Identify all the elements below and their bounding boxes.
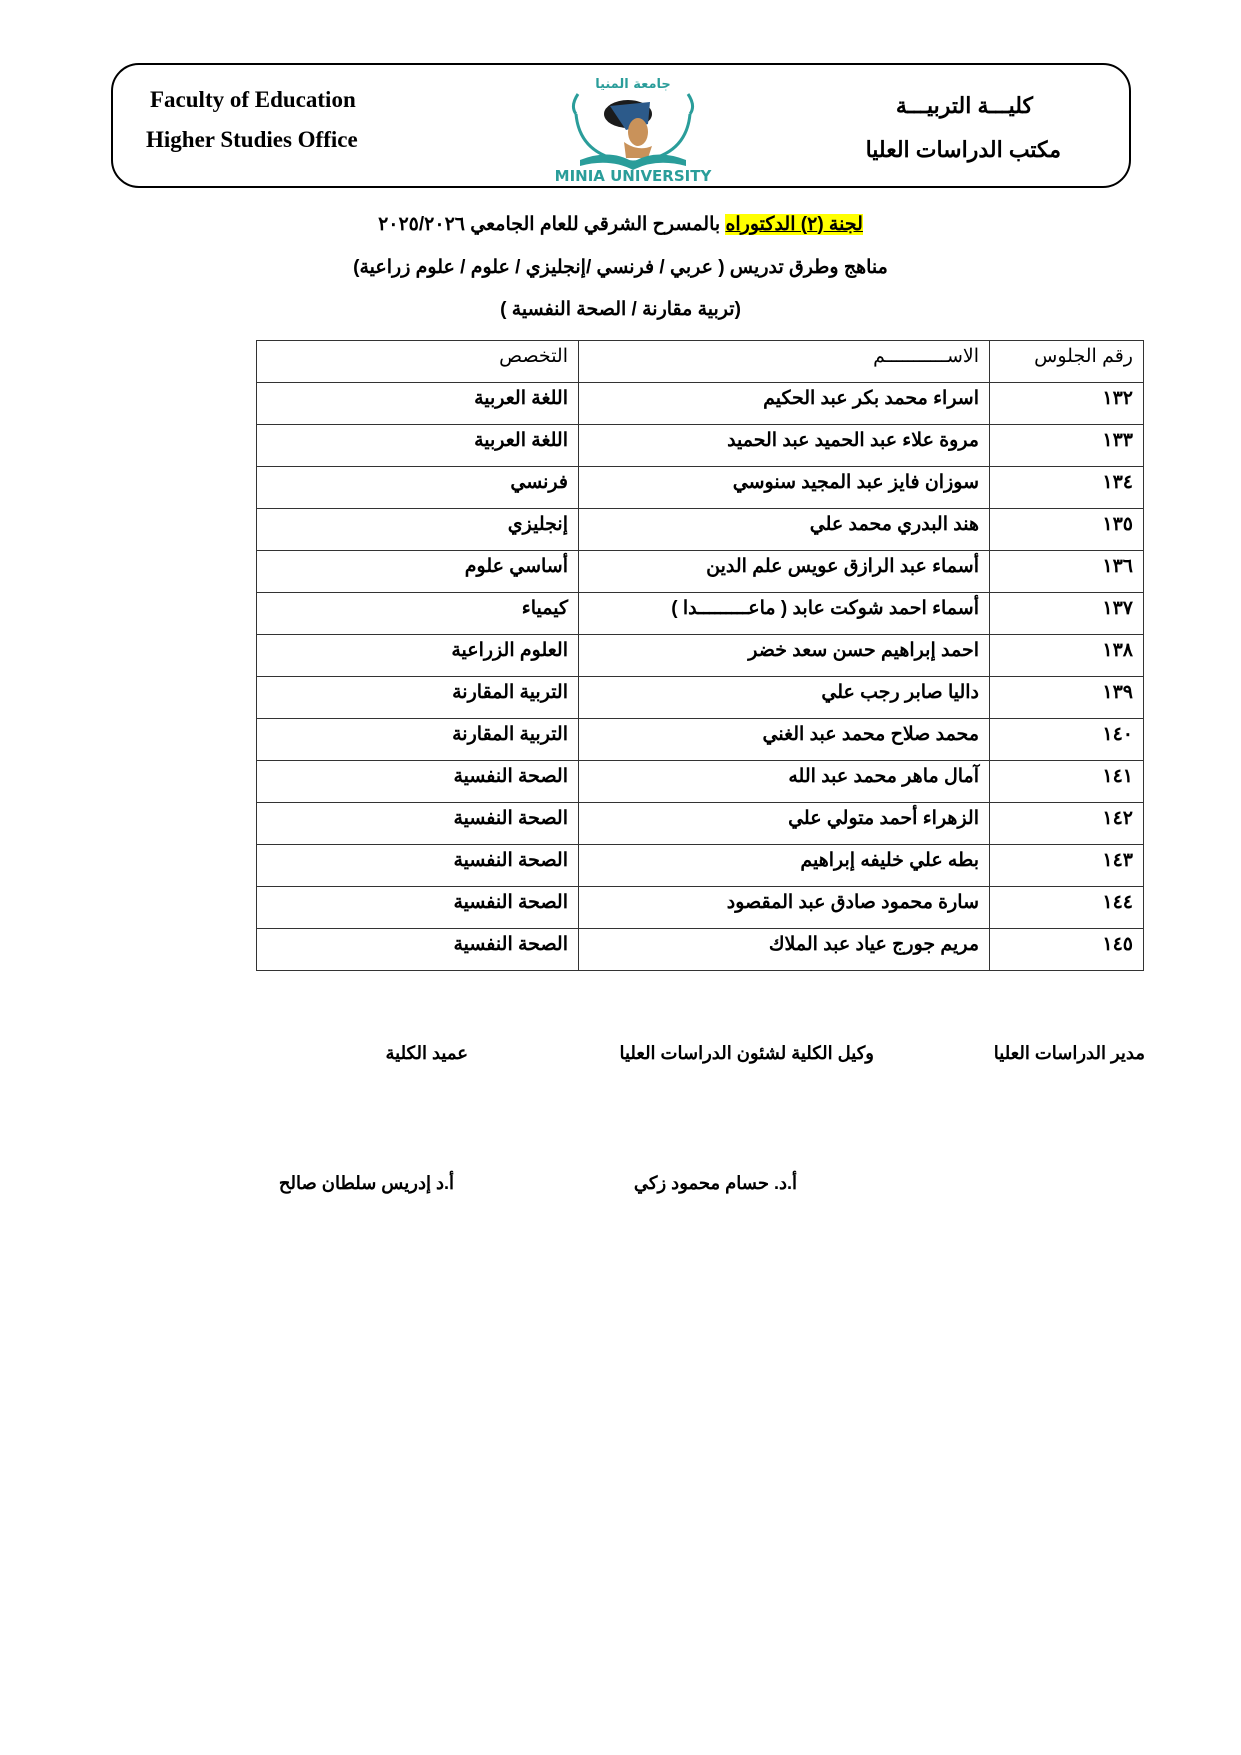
departments-line: (تربية مقارنة / الصحة النفسية ): [0, 298, 1241, 321]
office-name-en: Higher Studies Office: [146, 127, 358, 153]
seat-number-cell: ١٣٨: [990, 635, 1144, 677]
specialization-cell: الصحة النفسية: [257, 929, 579, 971]
table-row: ١٣٥هند البدري محمد عليإنجليزي: [257, 509, 1144, 551]
student-name-cell: اسراء محمد بكر عبد الحكيم: [579, 383, 990, 425]
table-row: ١٣٧أسماء احمد شوكت عابد ( ماعـــــــــدا…: [257, 593, 1144, 635]
student-name-cell: احمد إبراهيم حسن سعد خضر: [579, 635, 990, 677]
table-row: ١٤٣بطه علي خليفه إبراهيمالصحة النفسية: [257, 845, 1144, 887]
seat-number-cell: ١٤٣: [990, 845, 1144, 887]
dean-title: عميد الكلية: [386, 1043, 469, 1064]
dean-name: أ.د إدريس سلطان صالح: [279, 1173, 454, 1194]
specialization-cell: إنجليزي: [257, 509, 579, 551]
student-name-cell: الزهراء أحمد متولي علي: [579, 803, 990, 845]
subjects-line: مناهج وطرق تدريس ( عربي / فرنسي /إنجليزي…: [0, 256, 1241, 279]
table-row: ١٣٤سوزان فايز عبد المجيد سنوسيفرنسي: [257, 467, 1144, 509]
table-row: ١٣٨احمد إبراهيم حسن سعد خضرالعلوم الزراع…: [257, 635, 1144, 677]
specialization-cell: اللغة العربية: [257, 383, 579, 425]
specialization-cell: التربية المقارنة: [257, 719, 579, 761]
vice-dean-title: وكيل الكلية لشئون الدراسات العليا: [620, 1043, 874, 1064]
student-name-cell: محمد صلاح محمد عبد الغني: [579, 719, 990, 761]
table-row: ١٤٥مريم جورج عياد عبد الملاكالصحة النفسي…: [257, 929, 1144, 971]
seat-number-cell: ١٤٠: [990, 719, 1144, 761]
specialization-cell: اللغة العربية: [257, 425, 579, 467]
specialization-cell: فرنسي: [257, 467, 579, 509]
student-name-cell: مريم جورج عياد عبد الملاك: [579, 929, 990, 971]
table-row: ١٣٢اسراء محمد بكر عبد الحكيماللغة العربي…: [257, 383, 1144, 425]
header-name: الاســـــــــــم: [579, 341, 990, 383]
student-name-cell: بطه علي خليفه إبراهيم: [579, 845, 990, 887]
header-specialization: التخصص: [257, 341, 579, 383]
faculty-name-en: Faculty of Education: [150, 87, 356, 113]
seat-number-cell: ١٣٣: [990, 425, 1144, 467]
faculty-name-ar: كليـــة التربيـــة: [896, 93, 1033, 119]
specialization-cell: التربية المقارنة: [257, 677, 579, 719]
table-row: ١٣٣مروة علاء عبد الحميد عبد الحميداللغة …: [257, 425, 1144, 467]
director-title: مدير الدراسات العليا: [994, 1043, 1145, 1064]
seat-number-cell: ١٣٥: [990, 509, 1144, 551]
student-name-cell: أسماء عبد الرازق عويس علم الدين: [579, 551, 990, 593]
table-row: ١٤٢الزهراء أحمد متولي عليالصحة النفسية: [257, 803, 1144, 845]
seat-number-cell: ١٣٩: [990, 677, 1144, 719]
office-name-ar: مكتب الدراسات العليا: [866, 137, 1061, 163]
students-table: رقم الجلوس الاســـــــــــم التخصص ١٣٢اس…: [256, 340, 1144, 971]
student-name-cell: داليا صابر رجب علي: [579, 677, 990, 719]
student-name-cell: مروة علاء عبد الحميد عبد الحميد: [579, 425, 990, 467]
table-row: ١٤٤سارة محمود صادق عبد المقصودالصحة النف…: [257, 887, 1144, 929]
specialization-cell: الصحة النفسية: [257, 887, 579, 929]
specialization-cell: أساسي علوم: [257, 551, 579, 593]
svg-text:جامعة المنيا: جامعة المنيا: [595, 77, 671, 92]
header-seat-number: رقم الجلوس: [990, 341, 1144, 383]
svg-text:MINIA UNIVERSITY: MINIA UNIVERSITY: [555, 167, 713, 184]
seat-number-cell: ١٤٤: [990, 887, 1144, 929]
seat-number-cell: ١٣٦: [990, 551, 1144, 593]
seat-number-cell: ١٤١: [990, 761, 1144, 803]
seat-number-cell: ١٣٤: [990, 467, 1144, 509]
seat-number-cell: ١٣٧: [990, 593, 1144, 635]
table-row: ١٤١آمال ماهر محمد عبد اللهالصحة النفسية: [257, 761, 1144, 803]
student-name-cell: سوزان فايز عبد المجيد سنوسي: [579, 467, 990, 509]
university-logo: جامعة المنيا MINIA UNIVERSITY: [540, 66, 726, 184]
student-name-cell: أسماء احمد شوكت عابد ( ماعـــــــــدا ): [579, 593, 990, 635]
committee-title: لجنة (٢) الدكتوراه بالمسرح الشرقي للعام …: [0, 213, 1241, 236]
committee-title-rest: بالمسرح الشرقي للعام الجامعي ٢٠٢٥/٢٠٢٦: [378, 214, 725, 235]
specialization-cell: كيمياء: [257, 593, 579, 635]
seat-number-cell: ١٣٢: [990, 383, 1144, 425]
committee-highlight: لجنة (٢) الدكتوراه: [725, 214, 862, 235]
seat-number-cell: ١٤٥: [990, 929, 1144, 971]
vice-dean-name: أ.د. حسام محمود زكي: [634, 1173, 797, 1194]
table-row: ١٣٩داليا صابر رجب عليالتربية المقارنة: [257, 677, 1144, 719]
specialization-cell: العلوم الزراعية: [257, 635, 579, 677]
specialization-cell: الصحة النفسية: [257, 845, 579, 887]
minia-university-logo-icon: جامعة المنيا MINIA UNIVERSITY: [540, 66, 726, 184]
student-name-cell: آمال ماهر محمد عبد الله: [579, 761, 990, 803]
specialization-cell: الصحة النفسية: [257, 761, 579, 803]
table-row: ١٤٠محمد صلاح محمد عبد الغنيالتربية المقا…: [257, 719, 1144, 761]
specialization-cell: الصحة النفسية: [257, 803, 579, 845]
seat-number-cell: ١٤٢: [990, 803, 1144, 845]
student-name-cell: هند البدري محمد علي: [579, 509, 990, 551]
student-name-cell: سارة محمود صادق عبد المقصود: [579, 887, 990, 929]
table-row: ١٣٦أسماء عبد الرازق عويس علم الدينأساسي …: [257, 551, 1144, 593]
table-header-row: رقم الجلوس الاســـــــــــم التخصص: [257, 341, 1144, 383]
